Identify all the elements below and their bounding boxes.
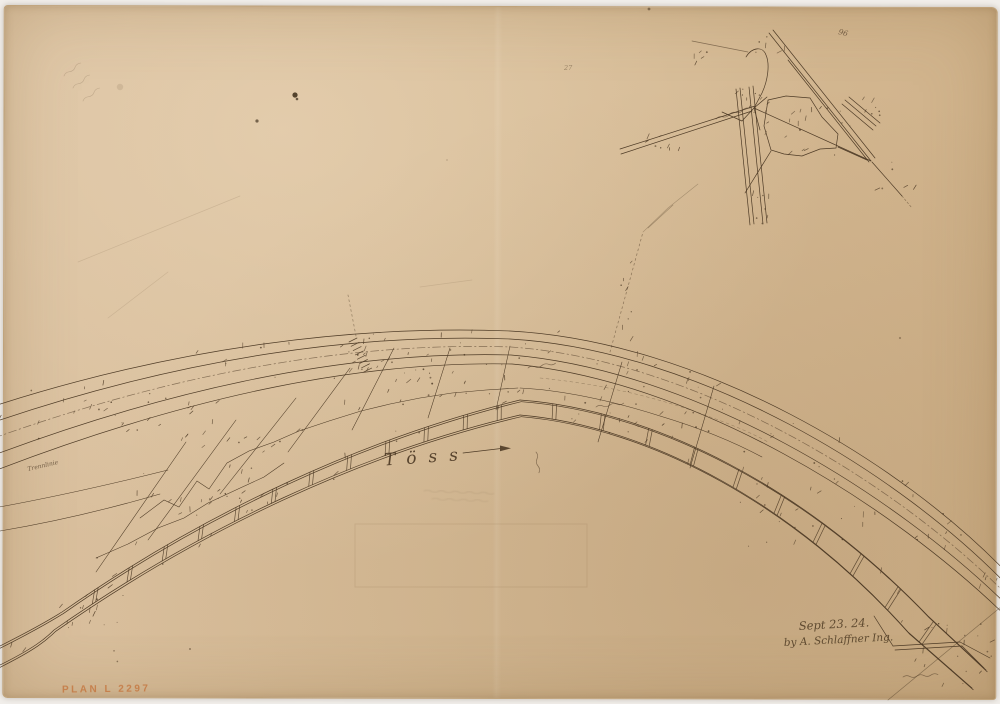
- survey-mark: [400, 400, 401, 402]
- survey-mark: [30, 390, 32, 392]
- survey-mark: [962, 683, 963, 684]
- survey-mark: [391, 361, 393, 363]
- ink-stroke: [288, 368, 350, 452]
- survey-mark: [983, 573, 985, 577]
- survey-mark: [977, 635, 978, 636]
- survey-mark: [891, 162, 892, 163]
- survey-mark: [794, 527, 795, 528]
- survey-mark: [957, 656, 958, 657]
- survey-mark: [244, 437, 247, 438]
- survey-mark: [699, 51, 701, 53]
- ink-stroke: [420, 280, 472, 287]
- survey-mark: [756, 495, 759, 498]
- survey-mark: [84, 400, 86, 401]
- ink-stroke: [255, 119, 258, 122]
- survey-mark: [463, 354, 465, 356]
- survey-mark: [180, 498, 181, 502]
- survey-mark: [636, 369, 638, 371]
- survey-mark: [210, 497, 212, 500]
- survey-mark: [813, 523, 822, 542]
- ink-stroke: [296, 98, 299, 101]
- survey-mark: [271, 444, 275, 447]
- survey-mark: [60, 604, 63, 607]
- survey-mark: [662, 424, 664, 426]
- survey-mark: [760, 97, 762, 99]
- survey-mark: [257, 437, 260, 440]
- ink-stroke: [773, 30, 875, 158]
- ink-stroke: [496, 346, 510, 410]
- survey-mark: [628, 391, 629, 392]
- survey-mark: [196, 515, 197, 516]
- survey-mark: [334, 378, 335, 379]
- ink-stroke: [749, 87, 763, 224]
- survey-mark: [740, 502, 741, 503]
- survey-mark: [817, 491, 821, 493]
- survey-mark: [784, 46, 785, 51]
- survey-mark: [402, 404, 404, 406]
- ink-stroke: [736, 89, 750, 225]
- main-channel-curves: [0, 330, 1000, 620]
- survey-mark: [915, 536, 917, 538]
- illegible-annotation: [528, 362, 556, 369]
- survey-mark: [523, 390, 524, 394]
- survey-mark: [628, 431, 629, 432]
- survey-mark: [964, 635, 965, 636]
- survey-mark: [358, 365, 359, 370]
- survey-mark: [227, 438, 230, 441]
- survey-mark: [574, 420, 576, 422]
- archive-stamp: PLAN L 2297: [62, 683, 151, 695]
- survey-mark: [549, 388, 550, 389]
- survey-mark: [396, 379, 397, 381]
- survey-mark: [417, 378, 420, 382]
- survey-mark: [695, 61, 697, 65]
- surveyor-annotation: by A. Schlaffner Ing.: [784, 631, 894, 649]
- bank-line-label: Trennlinie: [27, 459, 60, 473]
- survey-mark: [460, 342, 461, 343]
- verso-ghost-impression: [355, 524, 587, 587]
- survey-mark: [117, 622, 118, 623]
- survey-mark: [423, 368, 425, 370]
- ink-stroke: [117, 84, 123, 90]
- ink-stroke: [446, 159, 448, 161]
- survey-mark: [637, 425, 638, 426]
- survey-mark: [706, 51, 708, 53]
- survey-mark: [735, 91, 738, 94]
- survey-mark: [915, 659, 916, 662]
- survey-mark: [558, 331, 560, 333]
- survey-mark: [791, 111, 794, 114]
- survey-mark: [755, 93, 756, 94]
- survey-mark: [368, 364, 369, 365]
- survey-mark: [938, 623, 939, 624]
- survey-mark: [694, 449, 699, 466]
- survey-mark: [816, 525, 825, 544]
- survey-mark: [678, 147, 679, 151]
- survey-mark: [455, 392, 456, 396]
- survey-mark: [620, 285, 621, 286]
- ink-stroke: [692, 41, 748, 52]
- survey-mark: [263, 451, 265, 452]
- survey-mark: [396, 440, 397, 441]
- survey-mark: [820, 106, 822, 108]
- survey-mark: [764, 504, 766, 506]
- survey-mark: [381, 360, 384, 361]
- survey-mark: [556, 404, 557, 419]
- illegible-annotation: [63, 62, 81, 77]
- survey-mark: [987, 651, 989, 653]
- survey-mark: [942, 513, 944, 515]
- survey-mark: [979, 584, 981, 589]
- survey-mark: [722, 409, 723, 410]
- illegible-annotation: [903, 673, 938, 678]
- survey-mark: [349, 338, 357, 342]
- survey-mark: [93, 611, 95, 616]
- date-annotation: Sept 23. 24.: [798, 615, 869, 633]
- survey-mark: [708, 430, 710, 432]
- survey-mark: [162, 563, 164, 565]
- ink-stroke: [648, 8, 651, 11]
- survey-mark: [430, 377, 432, 379]
- scanned-plan-scene: Töss Trennlinie Sept 23. 24. by A. Schla…: [0, 0, 1000, 704]
- survey-mark: [353, 347, 361, 351]
- survey-mark: [143, 473, 144, 474]
- survey-mark: [627, 362, 628, 366]
- survey-mark: [805, 116, 806, 121]
- survey-mark: [901, 620, 902, 622]
- survey-mark: [780, 513, 781, 516]
- survey-mark: [168, 499, 171, 501]
- survey-mark: [427, 354, 429, 355]
- survey-mark: [136, 429, 138, 431]
- cross-section-axis: [348, 295, 356, 336]
- survey-mark: [286, 483, 288, 485]
- survey-mark: [452, 371, 453, 373]
- survey-micro-marks: [0, 36, 1000, 686]
- survey-mark: [104, 624, 105, 625]
- survey-mark: [584, 402, 586, 404]
- river-label: Töss: [384, 445, 471, 471]
- survey-mark: [98, 409, 100, 411]
- survey-mark: [794, 540, 796, 544]
- survey-mark: [80, 607, 81, 608]
- survey-mark: [271, 489, 273, 503]
- survey-mark: [660, 412, 663, 415]
- ink-stroke: [769, 33, 871, 161]
- detail-survey-diagram: [620, 30, 912, 228]
- survey-mark: [649, 430, 652, 447]
- survey-mark: [72, 622, 73, 625]
- survey-mark: [701, 57, 704, 59]
- survey-mark: [770, 433, 771, 434]
- survey-mark: [779, 521, 780, 522]
- survey-mark: [799, 129, 801, 131]
- survey-mark: [239, 498, 241, 500]
- survey-mark: [804, 149, 808, 151]
- ink-stroke: [872, 162, 902, 196]
- ink-stroke: [621, 111, 752, 154]
- ink-stroke: [0, 470, 168, 508]
- plan-drawing: Töss Trennlinie Sept 23. 24. by A. Schla…: [0, 0, 1000, 704]
- survey-mark: [502, 401, 506, 403]
- flow-arrow: [463, 446, 511, 454]
- survey-mark: [841, 518, 842, 519]
- survey-mark: [501, 364, 502, 365]
- survey-mark: [404, 373, 405, 374]
- ink-stroke: [521, 402, 987, 672]
- survey-mark: [113, 650, 114, 651]
- survey-mark: [716, 383, 720, 386]
- survey-mark: [991, 656, 992, 657]
- survey-mark: [879, 114, 881, 116]
- survey-mark: [96, 605, 97, 610]
- survey-mark: [199, 544, 201, 547]
- survey-mark: [340, 345, 342, 347]
- survey-mark: [643, 386, 644, 387]
- survey-mark: [796, 509, 798, 510]
- survey-mark: [996, 578, 997, 580]
- survey-mark: [916, 539, 918, 541]
- survey-mark: [384, 338, 385, 340]
- margin-mark-96: 96: [838, 27, 850, 38]
- survey-mark: [761, 223, 763, 225]
- survey-mark: [388, 389, 389, 392]
- survey-mark: [110, 401, 112, 403]
- survey-mark: [739, 420, 740, 424]
- ink-stroke: [0, 494, 160, 532]
- ink-stroke: [0, 338, 1000, 588]
- survey-mark: [753, 191, 754, 196]
- survey-mark: [628, 416, 629, 418]
- survey-mark: [165, 398, 167, 400]
- survey-mark: [122, 423, 124, 425]
- survey-mark: [690, 447, 694, 464]
- illegible-annotation: [82, 87, 100, 102]
- ink-stroke: [428, 348, 450, 418]
- survey-mark: [366, 352, 367, 356]
- survey-mark: [0, 415, 1, 419]
- survey-mark: [190, 411, 193, 414]
- survey-mark: [429, 373, 430, 374]
- survey-mark: [552, 404, 553, 419]
- survey-mark: [117, 661, 119, 663]
- survey-mark: [428, 394, 430, 396]
- survey-mark: [700, 397, 702, 399]
- survey-mark: [871, 113, 873, 115]
- survey-mark: [913, 185, 916, 189]
- survey-mark: [242, 491, 245, 494]
- survey-mark: [947, 521, 951, 524]
- survey-mark: [395, 431, 396, 432]
- survey-mark: [198, 526, 200, 540]
- survey-mark: [127, 568, 129, 582]
- survey-mark: [979, 671, 981, 673]
- survey-mark: [628, 318, 629, 319]
- survey-mark: [931, 627, 932, 628]
- survey-mark: [218, 489, 220, 491]
- survey-mark: [646, 428, 649, 445]
- ink-stroke: [520, 400, 986, 670]
- survey-mark: [753, 112, 754, 113]
- illegible-annotation: [72, 74, 90, 89]
- survey-mark: [377, 366, 378, 368]
- survey-mark: [810, 487, 811, 490]
- illegible-annotation: [432, 498, 488, 502]
- survey-mark: [743, 467, 744, 470]
- survey-mark: [122, 595, 123, 596]
- survey-mark: [166, 545, 168, 559]
- survey-mark: [507, 391, 508, 392]
- survey-mark: [834, 154, 835, 155]
- survey-mark: [764, 208, 766, 210]
- survey-mark: [466, 393, 467, 394]
- survey-mark: [89, 620, 90, 623]
- survey-mark: [875, 107, 876, 108]
- survey-mark: [92, 590, 94, 604]
- survey-mark: [627, 371, 628, 374]
- survey-mark: [240, 500, 241, 503]
- survey-mark: [518, 357, 520, 359]
- survey-mark: [944, 545, 945, 549]
- survey-mark: [238, 505, 240, 519]
- survey-mark: [115, 415, 116, 416]
- ghost-rectangle: [355, 524, 587, 587]
- survey-mark: [875, 188, 880, 190]
- survey-mark: [850, 126, 851, 127]
- survey-mark: [364, 346, 366, 351]
- survey-mark: [348, 351, 349, 352]
- survey-mark: [202, 445, 205, 447]
- ink-stroke: [500, 446, 511, 452]
- survey-mark: [631, 311, 632, 312]
- survey-mark: [878, 111, 880, 113]
- survey-mark: [659, 136, 661, 137]
- survey-mark: [686, 378, 687, 383]
- survey-mark: [748, 546, 749, 547]
- ink-stroke: [598, 362, 622, 442]
- link-to-detail-dashed: [610, 232, 643, 352]
- survey-mark: [216, 401, 219, 404]
- survey-mark: [767, 215, 768, 218]
- survey-mark: [660, 147, 661, 148]
- survey-mark: [836, 481, 838, 483]
- ink-stroke: [902, 196, 912, 208]
- survey-mark: [905, 482, 908, 486]
- survey-mark: [196, 351, 198, 354]
- survey-mark: [68, 627, 69, 628]
- survey-mark: [924, 664, 925, 666]
- survey-mark: [248, 478, 249, 482]
- survey-mark: [827, 107, 829, 109]
- survey-mark: [985, 577, 986, 580]
- survey-mark: [251, 467, 252, 468]
- survey-mark: [760, 510, 763, 513]
- survey-mark: [91, 594, 92, 595]
- survey-mark: [793, 423, 794, 424]
- survey-mark: [767, 100, 768, 101]
- survey-mark: [279, 441, 281, 443]
- survey-mark: [742, 94, 743, 95]
- survey-mark: [966, 671, 967, 672]
- survey-mark: [946, 532, 947, 534]
- survey-mark: [813, 462, 815, 464]
- survey-mark: [359, 407, 360, 409]
- survey-mark: [373, 334, 374, 335]
- survey-mark: [230, 465, 231, 468]
- survey-mark: [162, 547, 164, 561]
- survey-mark: [785, 136, 787, 137]
- survey-mark: [695, 426, 697, 428]
- survey-mark: [333, 479, 334, 480]
- ink-stroke: [189, 648, 191, 650]
- ink-stroke: [0, 364, 1000, 620]
- survey-mark: [464, 382, 465, 383]
- channel-axis-dashed: [0, 346, 1000, 598]
- survey-mark: [218, 498, 219, 499]
- survey-mark: [203, 431, 206, 435]
- inner-bank-ladder: [0, 400, 990, 690]
- survey-mark: [800, 109, 801, 112]
- illegible-annotation: [424, 490, 494, 495]
- survey-mark: [151, 493, 154, 497]
- survey-mark: [135, 542, 137, 545]
- survey-mark: [635, 403, 637, 405]
- terminal-rung: [893, 642, 960, 646]
- survey-mark: [766, 542, 767, 543]
- survey-mark: [407, 379, 411, 383]
- survey-mark: [202, 524, 204, 538]
- survey-mark: [38, 438, 40, 440]
- survey-mark: [103, 380, 104, 385]
- survey-mark: [369, 338, 371, 340]
- survey-mark: [517, 390, 519, 392]
- survey-mark: [127, 429, 130, 431]
- survey-mark: [609, 432, 610, 433]
- survey-mark: [226, 496, 227, 497]
- survey-mark: [904, 185, 908, 187]
- survey-mark: [755, 52, 756, 53]
- survey-mark: [578, 414, 579, 415]
- survey-mesh-and-sections: [0, 184, 768, 572]
- survey-mark: [309, 472, 310, 486]
- ink-stroke: [521, 417, 973, 690]
- survey-mark: [950, 669, 951, 670]
- survey-mark: [604, 385, 606, 390]
- survey-mark: [148, 401, 150, 403]
- survey-mark: [275, 377, 276, 378]
- survey-mark: [600, 414, 602, 430]
- survey-mark: [363, 353, 365, 355]
- survey-mark: [149, 393, 150, 394]
- ink-stains: [117, 8, 901, 650]
- survey-mark: [862, 97, 864, 100]
- survey-mark: [225, 363, 226, 364]
- survey-mark: [689, 371, 691, 373]
- survey-mark: [596, 363, 597, 364]
- ink-stroke: [895, 646, 962, 650]
- survey-mark: [759, 94, 760, 95]
- survey-mark: [450, 349, 451, 350]
- survey-mark: [234, 507, 236, 521]
- survey-mark: [603, 415, 605, 431]
- survey-mark: [179, 513, 182, 515]
- ink-stroke: [148, 420, 236, 540]
- ink-stroke: [845, 100, 876, 126]
- survey-mark: [742, 89, 743, 90]
- survey-mark: [571, 418, 572, 419]
- survey-mark: [415, 370, 416, 371]
- survey-mark: [942, 683, 944, 686]
